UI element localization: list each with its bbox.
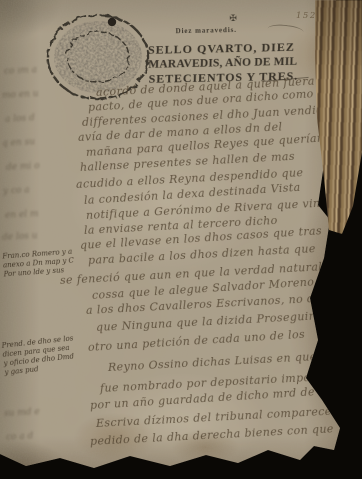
ghost-text-line: de mi o: [6, 161, 40, 173]
handwritten-line: Reyno Ossino dichas Luisas en que avían: [108, 348, 353, 374]
page-number: 152: [296, 11, 317, 21]
ghost-text-line: co ım a: [4, 65, 37, 77]
ghost-text-line: co a d: [6, 431, 34, 442]
manuscript-photo: co ım a mo en u a los d q en su de mi o …: [0, 0, 362, 479]
margin-note: Fran.co Romero y a anexo a Dn map y C Po…: [2, 248, 75, 280]
fore-edge-pages: [315, 0, 362, 234]
paper-sheet: co ım a mo en u a los d q en su de mi o …: [0, 0, 362, 479]
margin-note: Prend. de dho se los dicen para que sea …: [1, 334, 76, 377]
ghost-text-line: q en su: [2, 137, 36, 149]
seal-ink-blot: [108, 18, 116, 26]
ghost-text-line: a los d: [5, 113, 35, 125]
ghost-text-line: de los u: [2, 231, 38, 243]
ghost-text-line: mo en u: [2, 89, 39, 101]
ghost-text-line: y co a: [3, 185, 30, 196]
ghost-text-line: su md e: [4, 407, 40, 419]
ghost-text-line: en el m: [5, 209, 39, 221]
